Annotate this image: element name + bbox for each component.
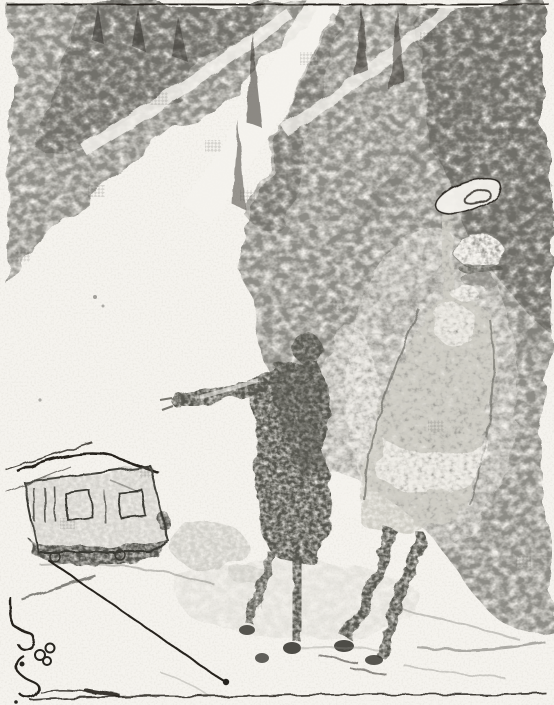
boot-mark	[255, 653, 269, 663]
boot-mark	[283, 642, 301, 654]
crosshatch-patch	[140, 468, 154, 478]
flourish-end-dot	[14, 700, 18, 704]
crosshatch-patch	[330, 300, 345, 311]
crosshatch-patch	[150, 92, 168, 105]
frame-top-rule	[7, 4, 550, 5]
snow-speck	[38, 398, 41, 401]
crosshatch-patch	[300, 52, 318, 65]
crosshatch-patch	[428, 420, 444, 432]
crosshatch-patch	[60, 518, 75, 529]
illustration-page	[0, 0, 554, 705]
collar-highlight	[451, 284, 477, 302]
artwork-svg	[0, 0, 554, 705]
boot-mark	[334, 640, 354, 652]
boot-mark	[239, 625, 255, 635]
crosshatch-patch	[240, 190, 255, 201]
snow-dust-mist	[170, 521, 246, 569]
crosshatch-patch	[420, 32, 436, 44]
flourish-spiral-dot	[20, 662, 25, 667]
raised-arm	[444, 210, 452, 300]
coat-chest-highlight	[433, 305, 477, 345]
crosshatch-patch	[205, 140, 221, 152]
pointing-hand	[173, 395, 187, 409]
snow-speck	[102, 305, 105, 308]
train-rear-lamp	[155, 512, 171, 528]
pointing-figure-leg	[294, 556, 300, 640]
crosshatch-patch	[248, 598, 262, 609]
crosshatch-patch	[16, 250, 30, 262]
boot-mark	[365, 655, 383, 665]
ski-pole-tip	[223, 679, 229, 685]
crosshatch-patch	[516, 556, 531, 567]
crosshatch-patch	[498, 128, 514, 140]
crosshatch-patch	[88, 185, 105, 197]
snow-speck	[93, 295, 97, 299]
pointing-figure-head	[292, 333, 322, 363]
